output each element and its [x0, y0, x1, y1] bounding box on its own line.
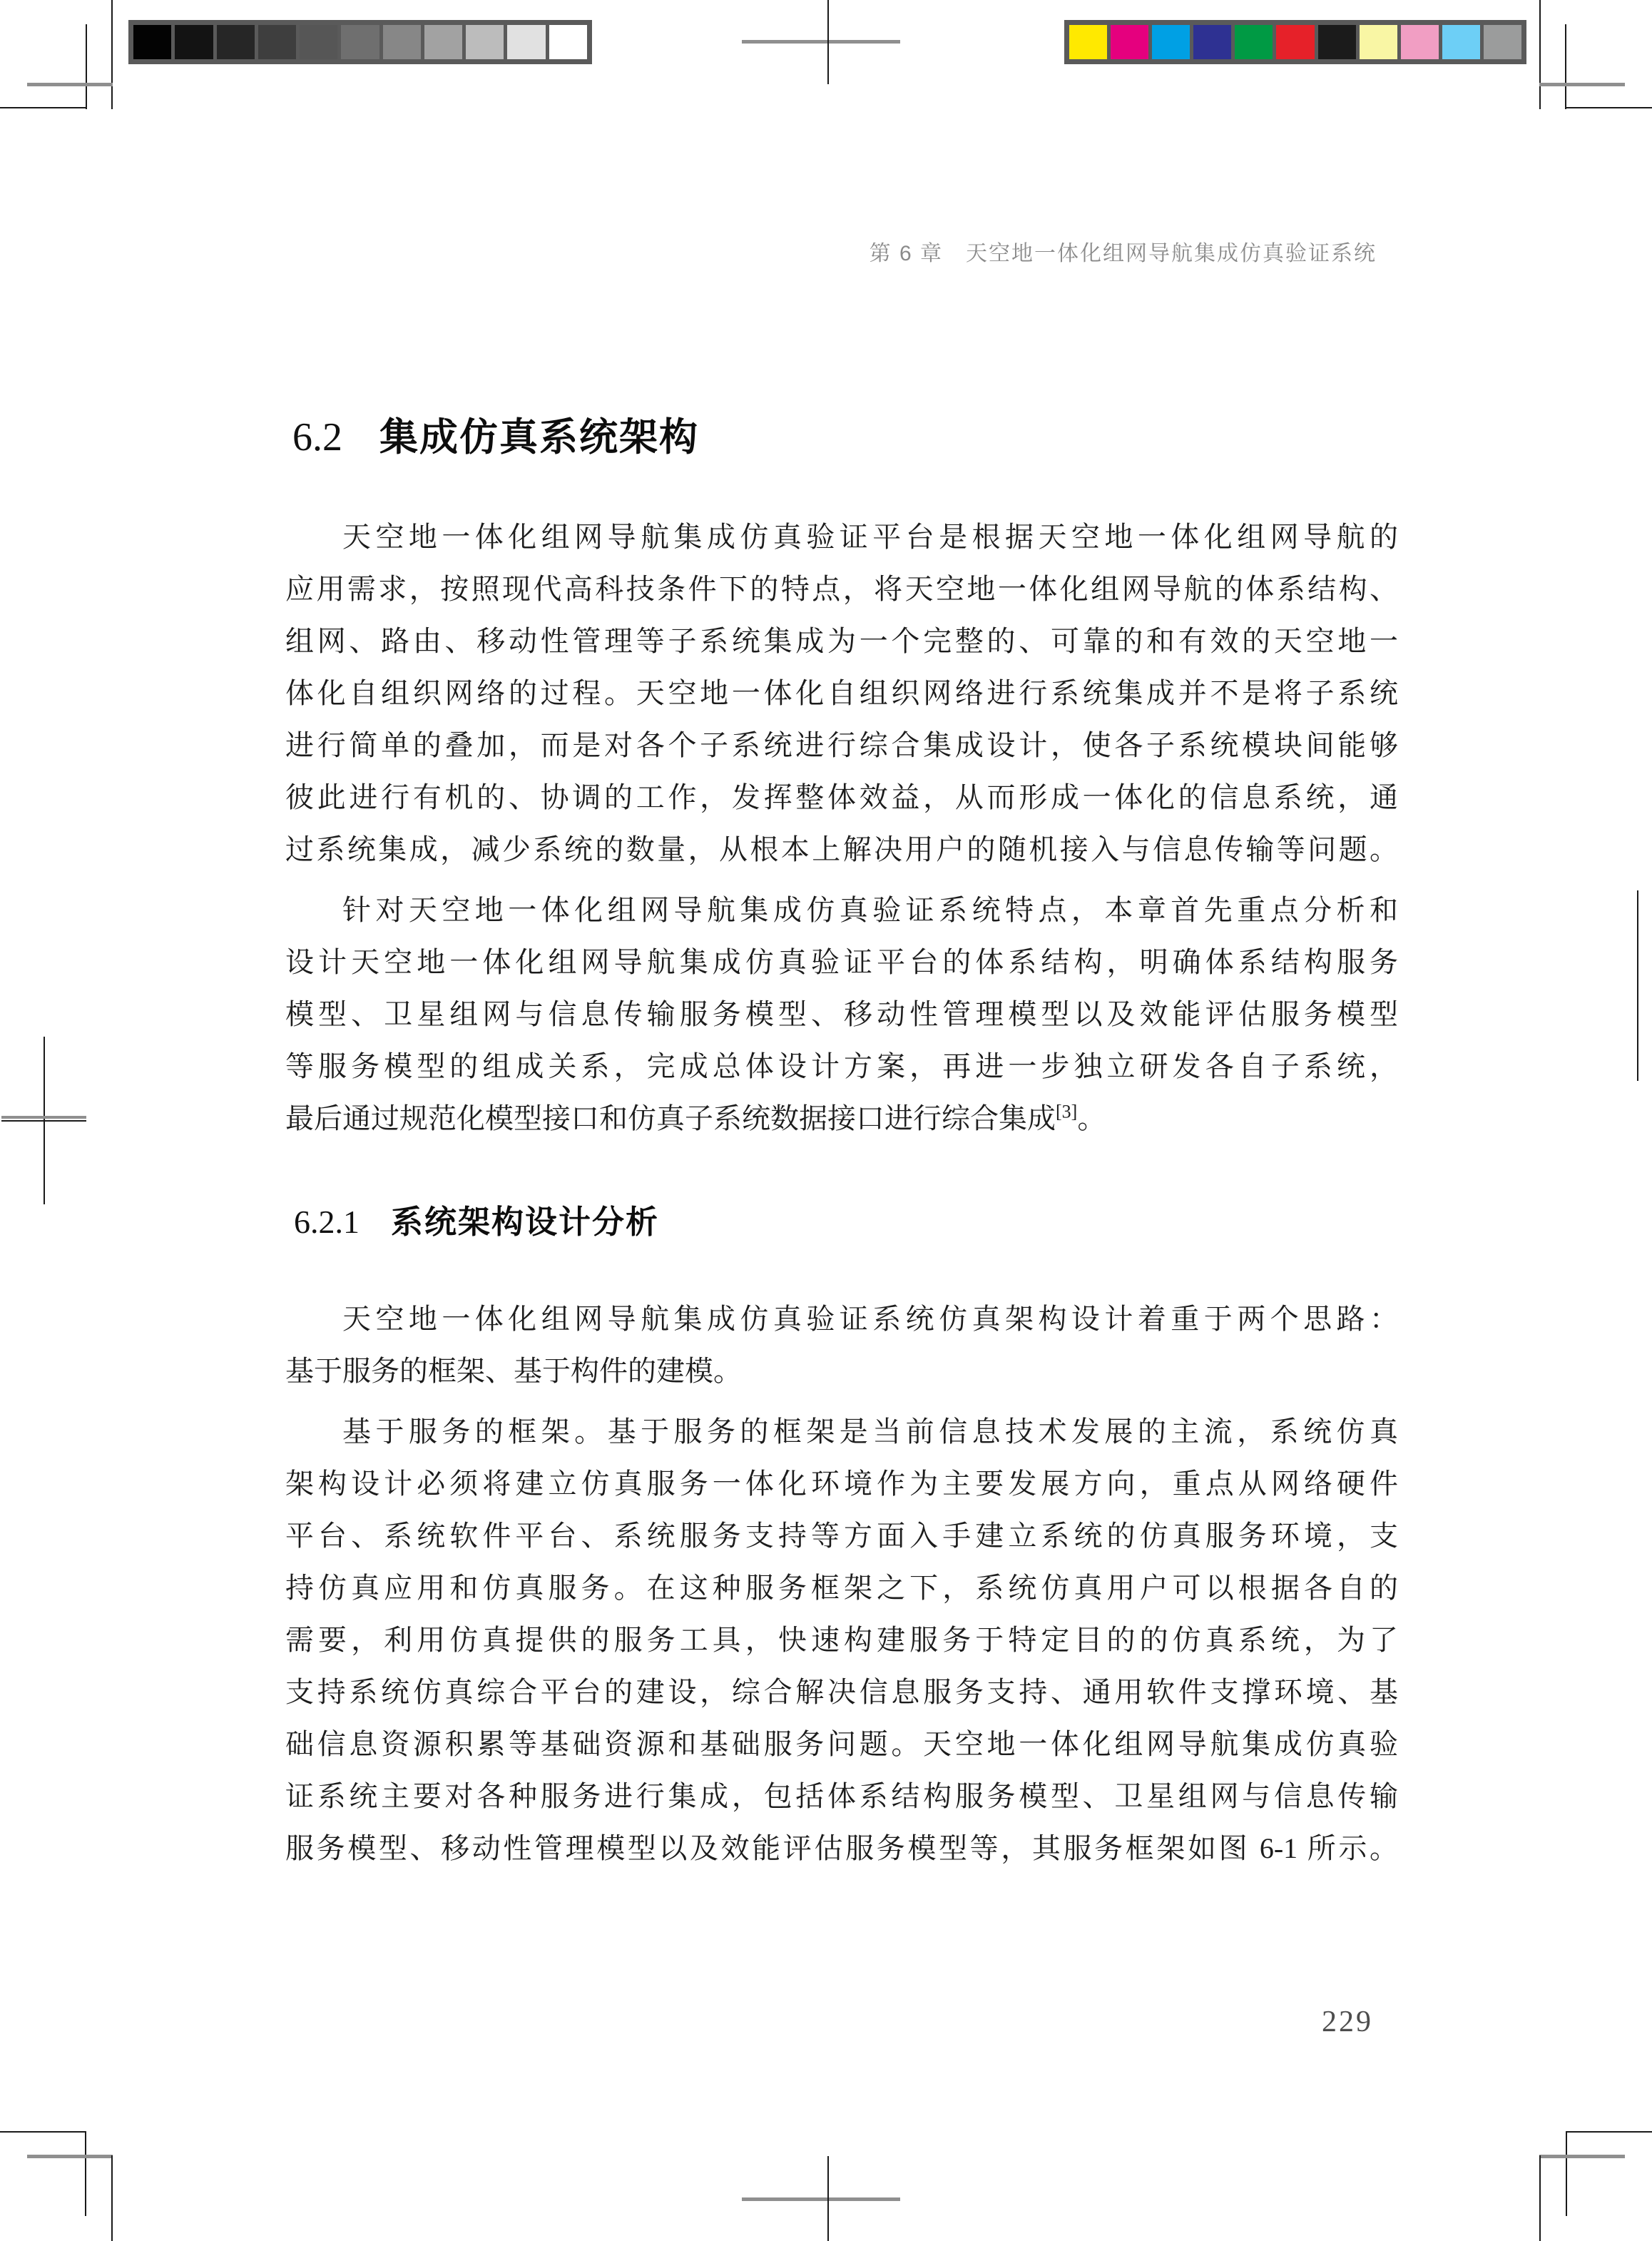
- crop-mark: [1, 1116, 86, 1119]
- crop-mark: [111, 2155, 113, 2241]
- crop-mark: [0, 107, 86, 108]
- subsection-heading: 6.2.1系统架构设计分析: [294, 1196, 659, 1242]
- body-text-line: 等服务模型的组成关系，完成总体设计方案，再进一步独立研发各自子系统，: [285, 1040, 1398, 1092]
- body-text-line: 体化自组织网络的过程。天空地一体化自组织网络进行系统集成并不是将子系统: [285, 667, 1398, 719]
- calibration-patch: [466, 25, 504, 59]
- body-text-line: 最后通过规范化模型接口和仿真子系统数据接口进行综合集成[3]。: [285, 1092, 1398, 1144]
- paragraph: 天空地一体化组网导航集成仿真验证平台是根据天空地一体化组网导航的应用需求，按照现…: [285, 511, 1398, 875]
- calibration-patch: [1152, 25, 1190, 59]
- crop-mark: [27, 83, 113, 86]
- body-text-line: 设计天空地一体化组网导航集成仿真验证平台的体系结构，明确体系结构服务: [285, 936, 1398, 988]
- body-text-line: 针对天空地一体化组网导航集成仿真验证系统特点，本章首先重点分析和: [285, 884, 1398, 936]
- body-text-line: 组网、路由、移动性管理等子系统集成为一个完整的、可靠的和有效的天空地一: [285, 615, 1398, 667]
- crop-mark: [85, 2131, 86, 2216]
- crop-mark: [827, 2156, 829, 2241]
- crop-mark: [111, 0, 113, 109]
- calibration-patch: [341, 25, 379, 59]
- body-text-line: 架构设计必须将建立仿真服务一体化环境作为主要发展方向，重点从网络硬件: [285, 1458, 1398, 1510]
- crop-mark: [1, 1120, 86, 1122]
- crop-mark: [86, 24, 87, 109]
- book-page: 第 6 章 天空地一体化组网导航集成仿真验证系统 6.2集成仿真系统架构 天空地…: [0, 0, 1652, 2241]
- subsection-title: 系统架构设计分析: [391, 1204, 659, 1240]
- body-text-line: 过系统集成，减少系统的数量，从根本上解决用户的随机接入与信息传输等问题。: [285, 823, 1398, 875]
- calibration-patch: [549, 25, 587, 59]
- body-text-line: 天空地一体化组网导航集成仿真验证平台是根据天空地一体化组网导航的: [285, 511, 1398, 563]
- crop-mark: [742, 40, 900, 44]
- body-text-line: 础信息资源积累等基础资源和基础服务问题。天空地一体化组网导航集成仿真验: [285, 1718, 1398, 1770]
- calibration-patch: [1276, 25, 1314, 59]
- body-text-block: 天空地一体化组网导航集成仿真验证平台是根据天空地一体化组网导航的应用需求，按照现…: [285, 511, 1398, 1144]
- calibration-patch: [1360, 25, 1397, 59]
- calibration-patch: [1235, 25, 1273, 59]
- crop-mark: [1539, 2155, 1625, 2158]
- crop-mark: [827, 0, 829, 84]
- running-header: 第 6 章 天空地一体化组网导航集成仿真验证系统: [285, 235, 1377, 267]
- body-text-line: 需要，利用仿真提供的服务工具，快速构建服务于特定目的的仿真系统，为了: [285, 1614, 1398, 1666]
- body-text-line: 天空地一体化组网导航集成仿真验证系统仿真架构设计着重于两个思路：: [285, 1293, 1398, 1345]
- crop-mark: [1566, 2131, 1652, 2133]
- body-text-line: 基于服务的框架、基于构件的建模。: [285, 1345, 1398, 1397]
- section-number: 6.2: [292, 415, 342, 459]
- body-text-line: 模型、卫星组网与信息传输服务模型、移动性管理模型以及效能评估服务模型: [285, 988, 1398, 1040]
- body-text-line: 应用需求，按照现代高科技条件下的特点，将天空地一体化组网导航的体系结构、: [285, 563, 1398, 615]
- crop-mark: [0, 2131, 86, 2133]
- calibration-patch: [217, 25, 255, 59]
- calibration-patch: [300, 25, 337, 59]
- calibration-patch: [1318, 25, 1356, 59]
- crop-mark: [1539, 2155, 1541, 2241]
- calibration-patch: [1484, 25, 1521, 59]
- crop-mark: [1566, 107, 1652, 108]
- body-text-block: 天空地一体化组网导航集成仿真验证系统仿真架构设计着重于两个思路：基于服务的框架、…: [285, 1293, 1398, 1874]
- body-text-line: 持仿真应用和仿真服务。在这种服务框架之下，系统仿真用户可以根据各自的: [285, 1562, 1398, 1614]
- color-calibration-bar: [1064, 20, 1526, 64]
- section-title: 集成仿真系统架构: [379, 416, 699, 459]
- page-number: 229: [1322, 2005, 1373, 2039]
- crop-mark: [1539, 0, 1541, 109]
- citation-reference: [3]: [1056, 1102, 1077, 1122]
- body-text-line: 服务模型、移动性管理模型以及效能评估服务模型等，其服务框架如图 6-1 所示。: [285, 1822, 1398, 1874]
- body-text-line: 基于服务的框架。基于服务的框架是当前信息技术发展的主流，系统仿真: [285, 1406, 1398, 1458]
- crop-mark: [1539, 83, 1625, 86]
- paragraph: 天空地一体化组网导航集成仿真验证系统仿真架构设计着重于两个思路：基于服务的框架、…: [285, 1293, 1398, 1397]
- crop-mark: [1565, 24, 1566, 109]
- calibration-patch: [258, 25, 296, 59]
- calibration-patch: [175, 25, 213, 59]
- paragraph: 基于服务的框架。基于服务的框架是当前信息技术发展的主流，系统仿真架构设计必须将建…: [285, 1406, 1398, 1874]
- section-heading: 6.2集成仿真系统架构: [292, 407, 699, 462]
- calibration-patch: [507, 25, 545, 59]
- crop-mark: [742, 2197, 900, 2201]
- body-text-line: 证系统主要对各种服务进行集成，包括体系结构服务模型、卫星组网与信息传输: [285, 1770, 1398, 1822]
- body-text-line: 平台、系统软件平台、系统服务支持等方面入手建立系统的仿真服务环境，支: [285, 1510, 1398, 1562]
- crop-mark: [1637, 890, 1638, 1081]
- calibration-patch: [1401, 25, 1439, 59]
- calibration-patch: [1069, 25, 1107, 59]
- calibration-patch: [133, 25, 171, 59]
- calibration-patch: [1111, 25, 1148, 59]
- body-text-line: 彼此进行有机的、协调的工作，发挥整体效益，从而形成一体化的信息系统，通: [285, 771, 1398, 823]
- crop-mark: [27, 2155, 113, 2158]
- crop-mark: [1566, 2131, 1567, 2216]
- body-text-line: 进行简单的叠加，而是对各个子系统进行综合集成设计，使各子系统模块间能够: [285, 719, 1398, 771]
- calibration-patch: [424, 25, 462, 59]
- paragraph: 针对天空地一体化组网导航集成仿真验证系统特点，本章首先重点分析和设计天空地一体化…: [285, 884, 1398, 1144]
- body-text-line: 支持系统仿真综合平台的建设，综合解决信息服务支持、通用软件支撑环境、基: [285, 1666, 1398, 1718]
- calibration-patch: [1442, 25, 1480, 59]
- subsection-number: 6.2.1: [294, 1204, 360, 1240]
- calibration-patch: [1193, 25, 1231, 59]
- calibration-patch: [383, 25, 421, 59]
- grayscale-calibration-bar: [128, 20, 592, 64]
